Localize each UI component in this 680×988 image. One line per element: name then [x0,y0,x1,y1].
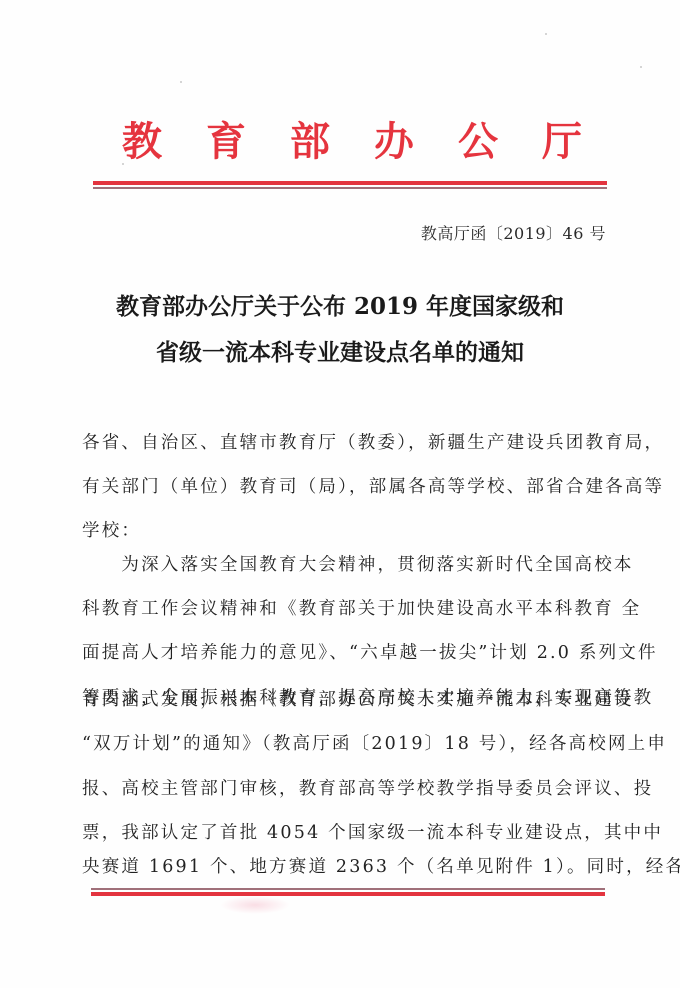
scan-speck [180,81,182,83]
document-title-line-1: 教育部办公厅关于公布 2019 年度国家级和 [60,292,620,322]
issuer-masthead: 教 育 部 办 公 厅 [122,116,582,168]
masthead-char: 教 [122,116,162,168]
document-page: 教 育 部 办 公 厅 教高厅函〔2019〕46 号 教育部办公厅关于公布 20… [0,0,680,988]
body-line: 央赛道 1691 个、地方赛道 2363 个（名单见附件 1）。同时，经各省 [82,855,612,879]
footer-red-rule [91,892,605,896]
body-line: “双万计划”的通知》（教高厅函〔2019〕18 号），经各高校网上申 [82,732,612,756]
body-line: 为深入落实全国教育大会精神，贯彻落实新时代全国高校本 [82,553,612,577]
document-number: 教高厅函〔2019〕46 号 [421,222,606,246]
body-line: 育内涵式发展，根据《教育部办公厅关于实施一流本科专业建设 [82,688,612,712]
document-title-line-2: 省级一流本科专业建设点名单的通知 [60,338,620,368]
body-line: 有关部门（单位）教育司（局），部属各高等学校、部省合建各高等 [82,475,612,499]
footer-thin-rule [91,888,605,890]
header-thin-rule [93,187,607,189]
masthead-char: 部 [290,116,330,168]
header-red-rule [93,181,607,185]
body-line: 学校： [82,519,612,543]
body-line: 面提高人才培养能力的意见》、“六卓越一拔尖”计划 2.0 系列文件 [82,641,612,665]
scan-speck [545,33,547,35]
seal-ink-bleed [220,896,290,914]
scan-speck [640,66,642,68]
body-line: 科教育工作会议精神和《教育部关于加快建设高水平本科教育 全 [82,597,612,621]
masthead-char: 公 [458,116,498,168]
body-line: 票，我部认定了首批 4054 个国家级一流本科专业建设点，其中中 [82,821,612,845]
masthead-char: 育 [206,116,246,168]
body-line: 报、高校主管部门审核，教育部高等学校教学指导委员会评议、投 [82,777,612,801]
masthead-char: 办 [374,116,414,168]
body-line: 各省、自治区、直辖市教育厅（教委），新疆生产建设兵团教育局， [82,431,612,455]
masthead-char: 厅 [542,116,582,168]
scan-speck [122,163,124,165]
